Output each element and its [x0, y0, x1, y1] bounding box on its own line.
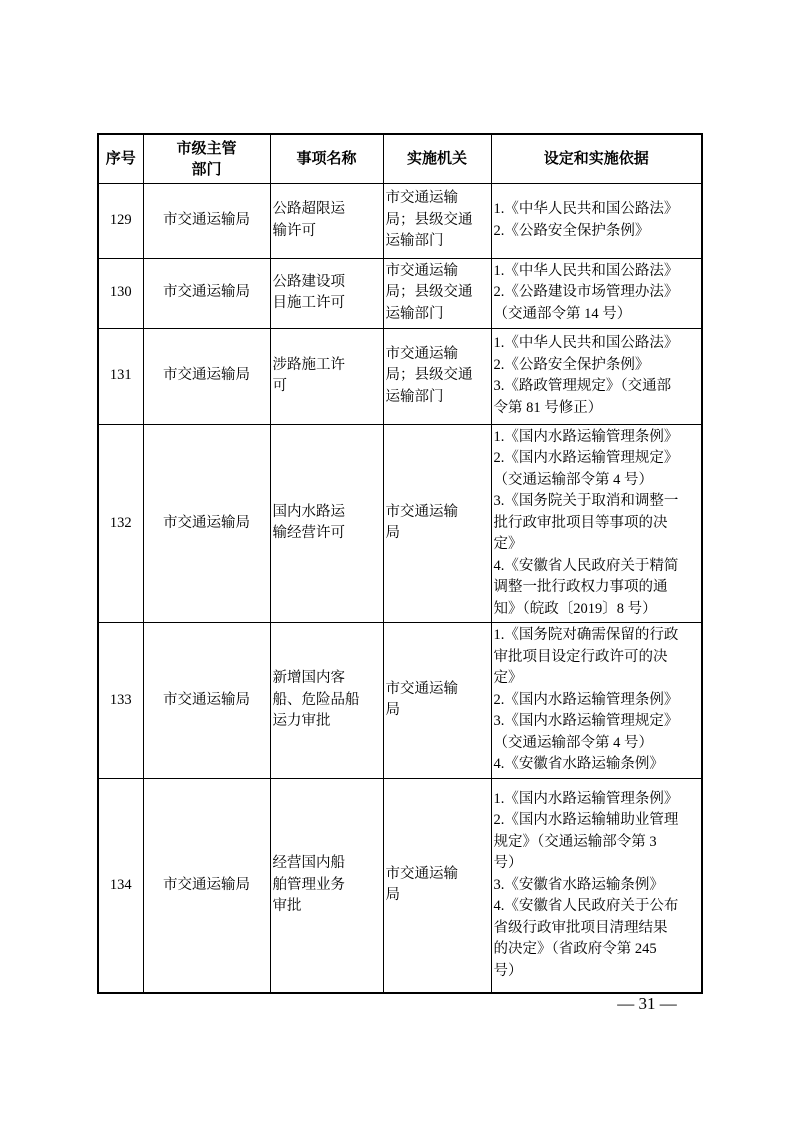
item-name-cell: 国内水路运 输经营许可 [270, 424, 383, 623]
agency-cell: 市交通运输 局 [383, 424, 491, 623]
agency-cell: 市交通运输 局 [383, 778, 491, 993]
table-row: 132 市交通运输局 国内水路运 输经营许可 市交通运输 局 1.《国内水路运输… [98, 424, 702, 623]
administrative-items-table: 序号 市级主管 部门 事项名称 实施机关 设定和实施依据 129 市交通运输局 … [97, 133, 703, 994]
basis-cell: 1.《中华人民共和国公路法》 2.《公路安全保护条例》 3.《路政管理规定》（交… [491, 328, 702, 424]
department-cell: 市交通运输局 [143, 183, 270, 258]
table-row: 134 市交通运输局 经营国内船 舶管理业务 审批 市交通运输 局 1.《国内水… [98, 778, 702, 993]
document-page: 序号 市级主管 部门 事项名称 实施机关 设定和实施依据 129 市交通运输局 … [0, 0, 793, 1122]
serial-number-cell: 130 [98, 258, 143, 328]
agency-cell: 市交通运输 局；县级交通 运输部门 [383, 258, 491, 328]
agency-cell: 市交通运输 局 [383, 623, 491, 779]
serial-number-cell: 133 [98, 623, 143, 779]
department-cell: 市交通运输局 [143, 258, 270, 328]
item-name-cell: 公路超限运 输许可 [270, 183, 383, 258]
header-municipal-department: 市级主管 部门 [143, 134, 270, 183]
serial-number-cell: 134 [98, 778, 143, 993]
header-implementing-agency: 实施机关 [383, 134, 491, 183]
basis-cell: 1.《中华人民共和国公路法》 2.《公路安全保护条例》 [491, 183, 702, 258]
header-serial-number: 序号 [98, 134, 143, 183]
basis-cell: 1.《国务院对确需保留的行政 审批项目设定行政许可的决 定》 2.《国内水路运输… [491, 623, 702, 779]
item-name-cell: 经营国内船 舶管理业务 审批 [270, 778, 383, 993]
table-row: 130 市交通运输局 公路建设项 目施工许可 市交通运输 局；县级交通 运输部门… [98, 258, 702, 328]
table-row: 129 市交通运输局 公路超限运 输许可 市交通运输 局；县级交通 运输部门 1… [98, 183, 702, 258]
item-name-cell: 涉路施工许 可 [270, 328, 383, 424]
serial-number-cell: 132 [98, 424, 143, 623]
item-name-cell: 新增国内客 船、危险品船 运力审批 [270, 623, 383, 779]
serial-number-cell: 131 [98, 328, 143, 424]
agency-cell: 市交通运输 局；县级交通 运输部门 [383, 328, 491, 424]
serial-number-cell: 129 [98, 183, 143, 258]
table-row: 131 市交通运输局 涉路施工许 可 市交通运输 局；县级交通 运输部门 1.《… [98, 328, 702, 424]
basis-cell: 1.《国内水路运输管理条例》 2.《国内水路运输管理规定》 （交通运输部令第 4… [491, 424, 702, 623]
department-cell: 市交通运输局 [143, 623, 270, 779]
basis-cell: 1.《国内水路运输管理条例》 2.《国内水路运输辅助业管理 规定》（交通运输部令… [491, 778, 702, 993]
department-cell: 市交通运输局 [143, 328, 270, 424]
page-number: — 31 — [587, 994, 707, 1014]
item-name-cell: 公路建设项 目施工许可 [270, 258, 383, 328]
table-row: 133 市交通运输局 新增国内客 船、危险品船 运力审批 市交通运输 局 1.《… [98, 623, 702, 779]
department-cell: 市交通运输局 [143, 778, 270, 993]
header-setting-basis: 设定和实施依据 [491, 134, 702, 183]
agency-cell: 市交通运输 局；县级交通 运输部门 [383, 183, 491, 258]
basis-cell: 1.《中华人民共和国公路法》 2.《公路建设市场管理办法》 （交通部令第 14 … [491, 258, 702, 328]
table-header-row: 序号 市级主管 部门 事项名称 实施机关 设定和实施依据 [98, 134, 702, 183]
header-item-name: 事项名称 [270, 134, 383, 183]
department-cell: 市交通运输局 [143, 424, 270, 623]
